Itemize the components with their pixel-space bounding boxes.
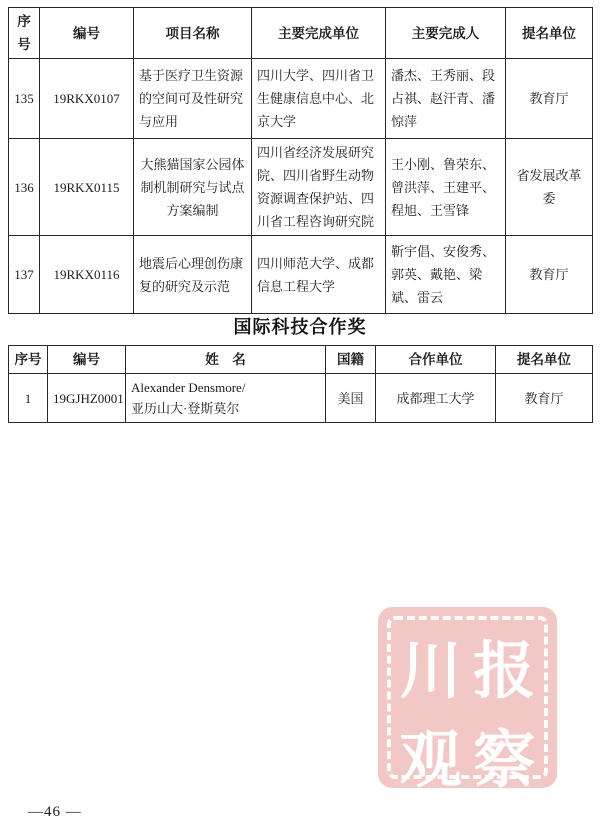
column-header-project: 项目名称 (134, 8, 252, 59)
cell-code: 19RKX0115 (40, 139, 134, 236)
table-header-row: 序号 编号 姓 名 国籍 合作单位 提名单位 (9, 346, 593, 374)
watermark-seal: 川 报 观 察 (378, 607, 557, 788)
cell-serial: 1 (9, 374, 48, 423)
column-header-serial: 序号 (9, 346, 48, 374)
cell-nominator: 教育厅 (506, 59, 593, 139)
seal-character: 观 (394, 710, 468, 799)
column-header-nominator: 提名单位 (496, 346, 593, 374)
column-header-code: 编号 (40, 8, 134, 59)
seal-character: 察 (468, 710, 542, 799)
cell-people: 王小刚、鲁荣东、曾洪萍、王建平、程旭、王雪锋 (386, 139, 506, 236)
soft-science-award-table: 序号 编号 项目名称 主要完成单位 主要完成人 提名单位 135 19RKX01… (8, 7, 593, 314)
column-header-name: 姓 名 (126, 346, 326, 374)
cell-project: 大熊猫国家公园体制机制研究与试点方案编制 (134, 139, 252, 236)
page-number: —46 — (28, 804, 82, 821)
cell-serial: 136 (9, 139, 40, 236)
cell-project: 基于医疗卫生资源的空间可及性研究与应用 (134, 59, 252, 139)
cell-nominator: 教育厅 (496, 374, 593, 423)
cell-people: 靳宇倡、安俊秀、郭英、戴艳、梁斌、雷云 (386, 236, 506, 314)
cell-code: 19RKX0116 (40, 236, 134, 314)
cell-nominator: 省发展改革委 (506, 139, 593, 236)
cell-code: 19GJHZ0001 (48, 374, 126, 423)
cell-units: 四川大学、四川省卫生健康信息中心、北京大学 (252, 59, 386, 139)
document-page: 序号 编号 项目名称 主要完成单位 主要完成人 提名单位 135 19RKX01… (0, 0, 600, 829)
seal-character: 报 (468, 621, 542, 710)
cell-units: 四川省经济发展研究院、四川省野生动物资源调查保护站、四川省工程咨询研究院 (252, 139, 386, 236)
table-row: 136 19RKX0115 大熊猫国家公园体制机制研究与试点方案编制 四川省经济… (9, 139, 593, 236)
column-header-units: 主要完成单位 (252, 8, 386, 59)
cell-partner: 成都理工大学 (376, 374, 496, 423)
cell-project: 地震后心理创伤康复的研究及示范 (134, 236, 252, 314)
cell-serial: 137 (9, 236, 40, 314)
cell-serial: 135 (9, 59, 40, 139)
seal-character: 川 (394, 621, 468, 710)
awardee-name-chinese: 亚历山大·登斯莫尔 (131, 398, 320, 419)
section-title: 国际科技合作奖 (0, 313, 600, 339)
cell-units: 四川师范大学、成都信息工程大学 (252, 236, 386, 314)
awardee-name-english: Alexander Densmore/ (131, 377, 320, 398)
column-header-people: 主要完成人 (386, 8, 506, 59)
seal-characters: 川 报 观 察 (394, 621, 541, 776)
table-row: 135 19RKX0107 基于医疗卫生资源的空间可及性研究与应用 四川大学、四… (9, 59, 593, 139)
cell-code: 19RKX0107 (40, 59, 134, 139)
cell-name: Alexander Densmore/ 亚历山大·登斯莫尔 (126, 374, 326, 423)
table-row: 137 19RKX0116 地震后心理创伤康复的研究及示范 四川师范大学、成都信… (9, 236, 593, 314)
table-header-row: 序号 编号 项目名称 主要完成单位 主要完成人 提名单位 (9, 8, 593, 59)
column-header-partner: 合作单位 (376, 346, 496, 374)
cell-nominator: 教育厅 (506, 236, 593, 314)
intl-cooperation-award-table: 序号 编号 姓 名 国籍 合作单位 提名单位 1 19GJHZ0001 Alex… (8, 345, 593, 423)
cell-people: 潘杰、王秀丽、段占祺、赵汗青、潘惊萍 (386, 59, 506, 139)
cell-nationality: 美国 (326, 374, 376, 423)
column-header-nominator: 提名单位 (506, 8, 593, 59)
table-row: 1 19GJHZ0001 Alexander Densmore/ 亚历山大·登斯… (9, 374, 593, 423)
column-header-nationality: 国籍 (326, 346, 376, 374)
column-header-serial: 序号 (9, 8, 40, 59)
column-header-code: 编号 (48, 346, 126, 374)
